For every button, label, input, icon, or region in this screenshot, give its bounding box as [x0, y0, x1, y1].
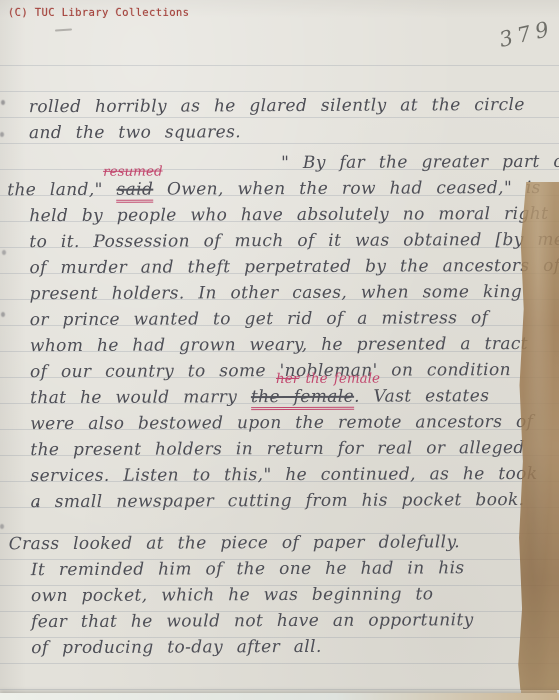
- line-text: to it. Possession of much of it was obta…: [29, 230, 559, 252]
- line-text: . Vast estates: [354, 386, 489, 407]
- line-text: and the two squares.: [29, 122, 241, 143]
- manuscript-line-with-correction: her the female that he would marry the f…: [30, 383, 550, 411]
- line-text: the present holders in return for real o…: [30, 438, 524, 460]
- scan-bottom-edge: [0, 693, 559, 700]
- stray-ink-dot: [36, 503, 39, 506]
- line-text: Owen, when the row had ceased," is: [153, 178, 541, 200]
- manuscript-line: fear that he would not have an opportuni…: [31, 607, 551, 635]
- line-text: Crass looked at the piece of paper dolef…: [9, 532, 460, 554]
- manuscript-line: of murder and theft perpetrated by the a…: [29, 253, 549, 281]
- manuscript-line: services. Listen to this," he continued,…: [30, 461, 550, 489]
- line-text: of producing to-day after all.: [31, 637, 322, 658]
- line-text: present holders. In other cases, when so…: [30, 282, 523, 304]
- line-text: the land,": [7, 180, 116, 200]
- manuscript-line: held by people who have absolutely no mo…: [29, 201, 549, 229]
- manuscript-line: whom he had grown weary, he presented a …: [30, 331, 550, 359]
- page-number: 379: [497, 16, 556, 52]
- line-text: fear that he would not have an opportuni…: [31, 610, 474, 632]
- red-ink-insertion-resumed: resumed: [103, 165, 163, 179]
- line-text: were also bestowed upon the remote ances…: [30, 412, 533, 434]
- struck-word-said: said: [116, 180, 153, 203]
- line-text: services. Listen to this," he continued,…: [30, 464, 537, 486]
- manuscript-page: (C) TUC Library Collections 379 rolled h…: [0, 0, 559, 700]
- line-text: It reminded him of the one he had in his: [31, 558, 465, 580]
- line-text: or prince wanted to get rid of a mistres…: [30, 308, 489, 330]
- manuscript-line-with-correction: resumed the land," said Owen, when the r…: [7, 175, 549, 203]
- manuscript-line: own pocket, which he was beginning to: [31, 581, 551, 609]
- line-text: held by people who have absolutely no mo…: [29, 204, 548, 226]
- handwritten-text: rolled horribly as he glared silently at…: [29, 92, 551, 661]
- copyright-watermark: (C) TUC Library Collections: [8, 7, 189, 19]
- manuscript-line: Crass looked at the piece of paper dolef…: [9, 529, 551, 557]
- struck-words-the-female: the female: [251, 387, 354, 410]
- manuscript-line: or prince wanted to get rid of a mistres…: [30, 305, 550, 333]
- manuscript-line: were also bestowed upon the remote ances…: [30, 409, 550, 437]
- line-text: that he would marry: [30, 387, 251, 408]
- red-ink-insertion-the-female: her the female: [276, 372, 380, 386]
- manuscript-line: rolled horribly as he glared silently at…: [29, 92, 549, 120]
- manuscript-line: and the two squares.: [29, 118, 549, 146]
- line-text: " By far the greater part of: [281, 152, 559, 173]
- manuscript-line: to it. Possession of much of it was obta…: [29, 227, 549, 255]
- manuscript-line: present holders. In other cases, when so…: [30, 279, 550, 307]
- line-text: rolled horribly as he glared silently at…: [29, 95, 525, 117]
- manuscript-line: of producing to-day after all.: [31, 633, 551, 661]
- line-text: whom he had grown weary, he presented a …: [30, 334, 528, 356]
- manuscript-line: a small newspaper cutting from his pocke…: [30, 487, 550, 515]
- red-ink-insertion-text: the female: [305, 371, 380, 387]
- line-text: a small newspaper cutting from his pocke…: [31, 490, 525, 512]
- line-text: own pocket, which he was beginning to: [31, 584, 434, 606]
- manuscript-line: It reminded him of the one he had in his: [31, 555, 551, 583]
- pencil-dash-mark: [55, 28, 72, 31]
- manuscript-line: the present holders in return for real o…: [30, 435, 550, 463]
- line-text: of our country to some 'nobleman' on con…: [30, 360, 511, 382]
- ink-smudges: [1, 100, 5, 105]
- red-ink-insertion-her: her: [276, 371, 299, 387]
- repair-tape-strip: [517, 182, 559, 690]
- line-text: of murder and theft perpetrated by the a…: [29, 256, 559, 279]
